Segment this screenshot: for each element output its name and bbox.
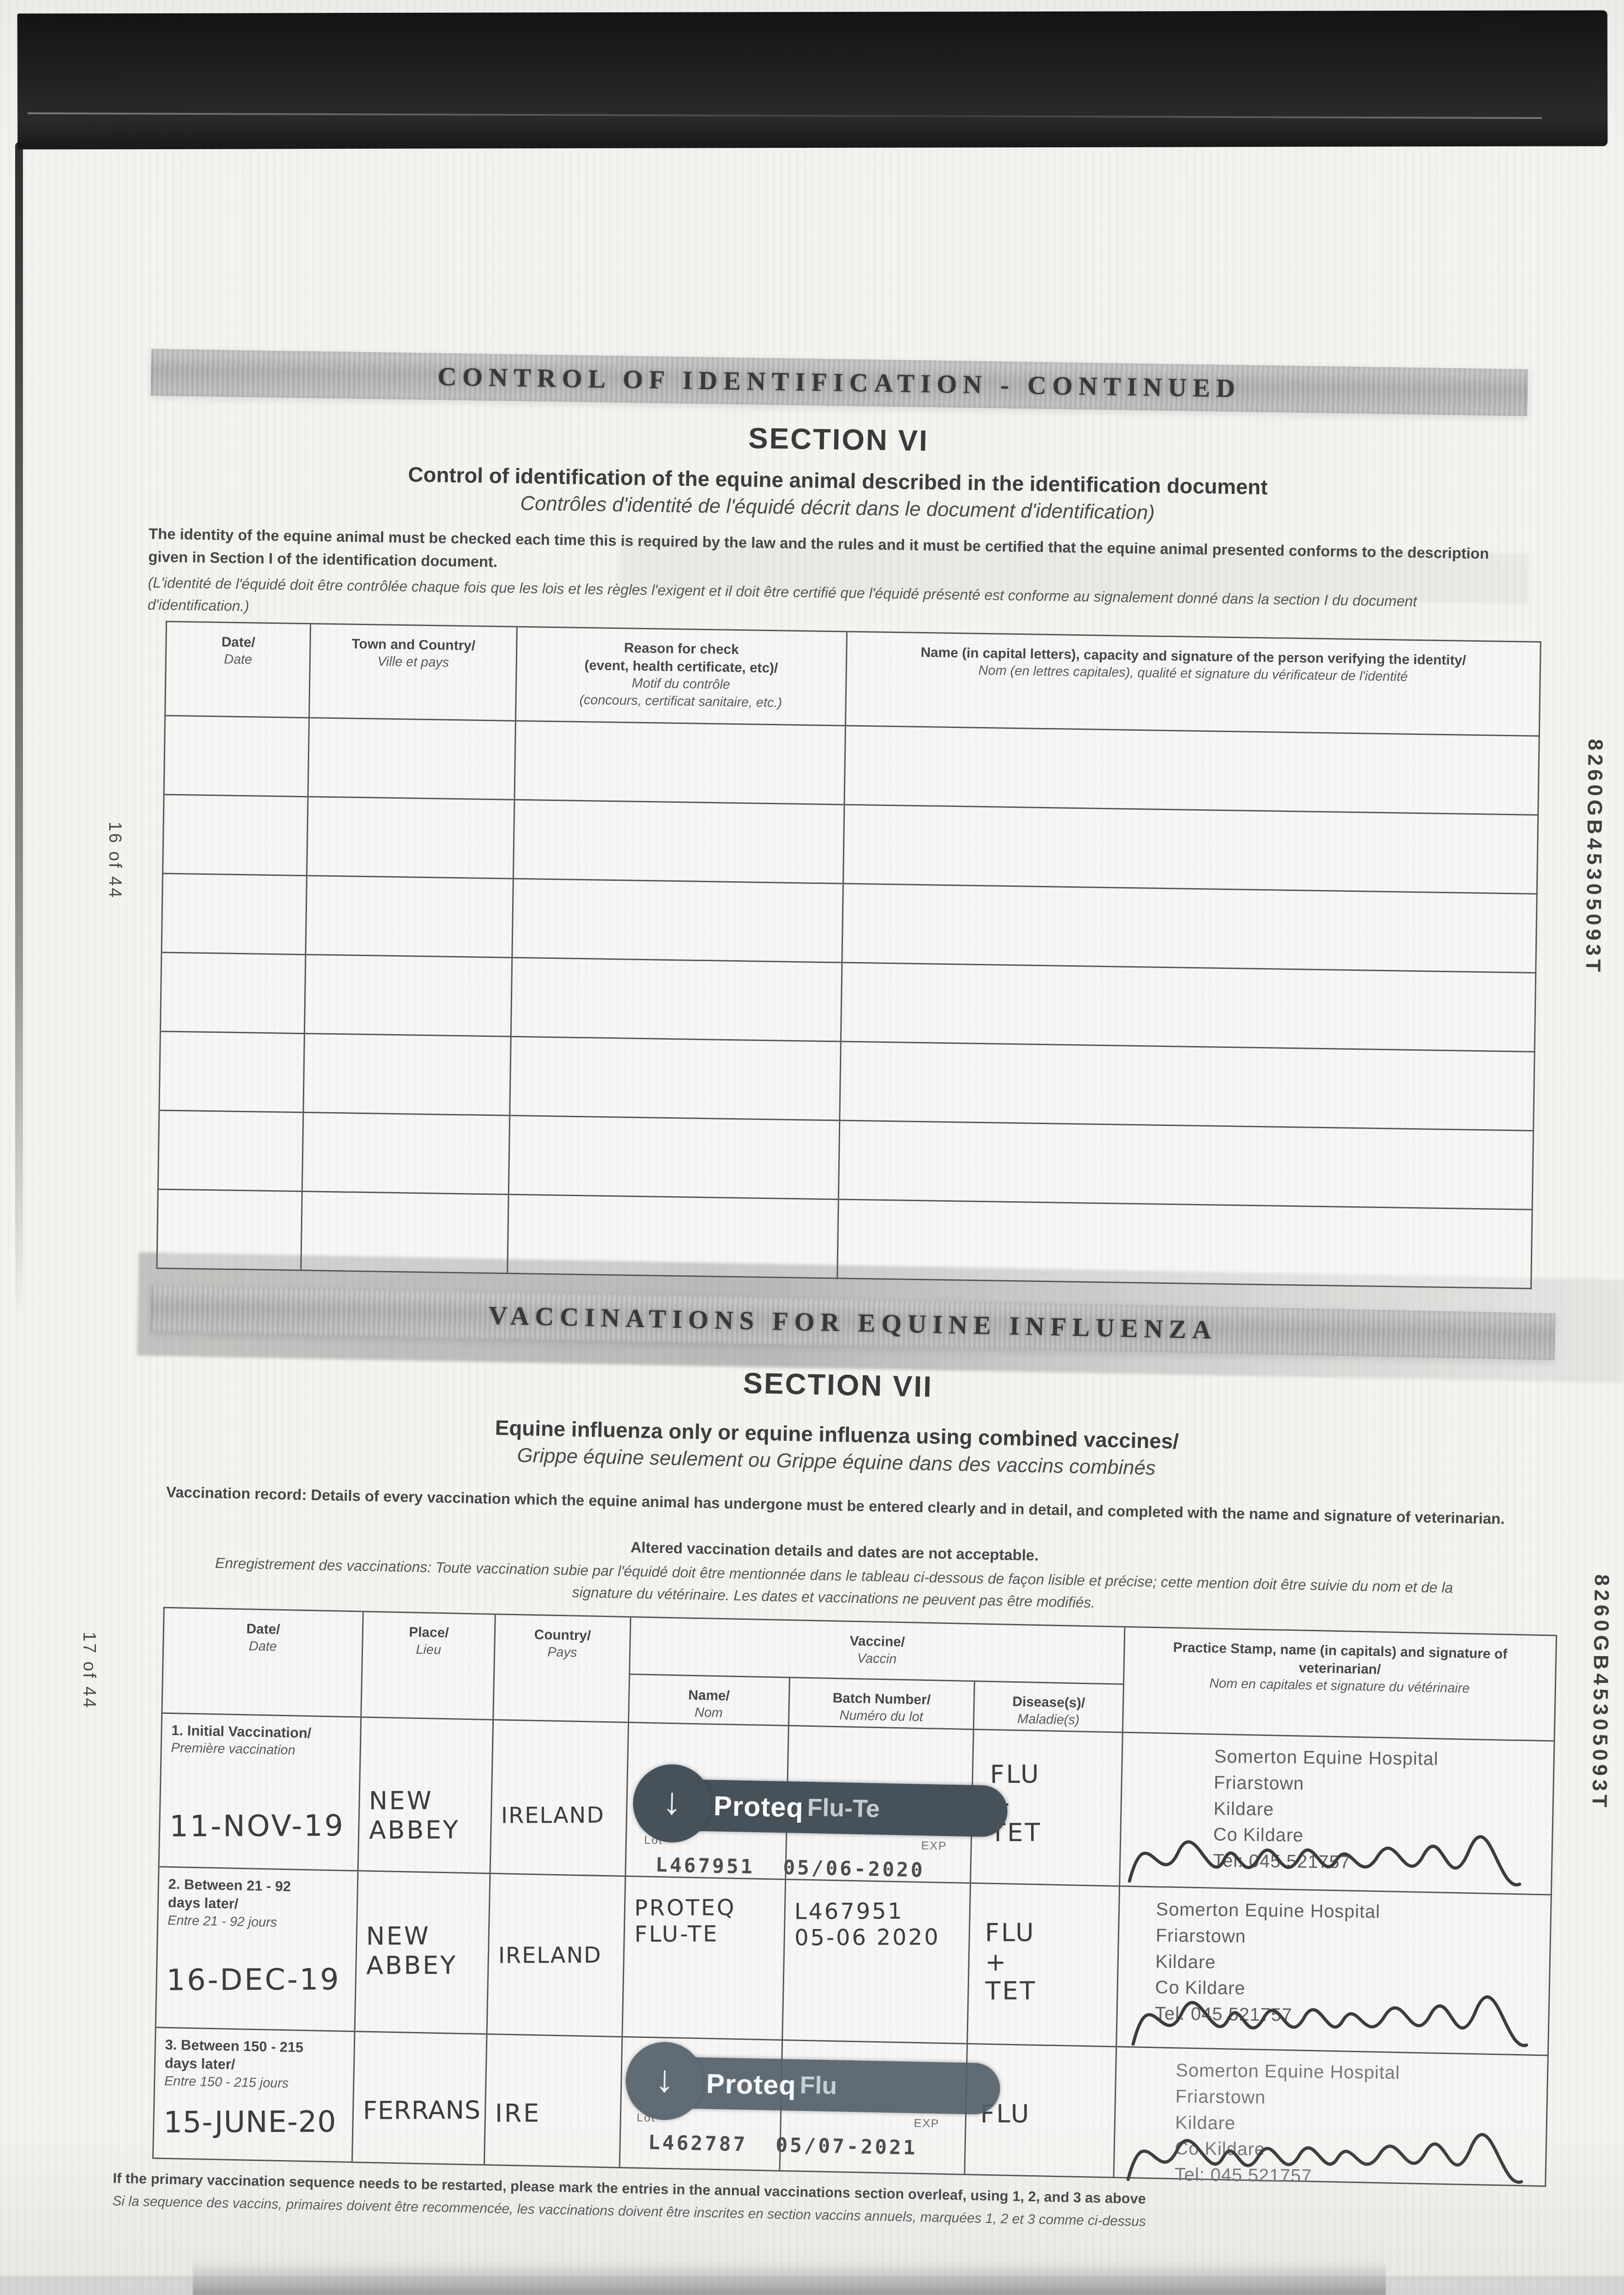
down-arrow-icon: ↓ (655, 2060, 675, 2098)
empty-cell (165, 716, 310, 798)
empty-cell (304, 1034, 512, 1116)
handwritten-date: 15-JUNE-20 (163, 2105, 343, 2140)
veterinarian-signature (1122, 1948, 1546, 2071)
section6-title: SECTION VI (150, 412, 1527, 466)
sticker-batch-expiry: L462787 05/07-2021 (648, 2131, 999, 2161)
col-header-disease: Disease(s)/ Maladie(s) (974, 1682, 1124, 1733)
handwritten-vaccine-name: PROTEQ FLU-TE (634, 1895, 775, 1948)
handwritten-country: IRELAND (501, 1802, 617, 1829)
col-header-country: Country/ Pays (494, 1615, 631, 1723)
empty-cell (305, 955, 513, 1037)
handwritten-place: NEW ABBEY (366, 1921, 479, 1981)
col-header-reason: Reason for check (event, health certific… (516, 627, 848, 727)
empty-cell (157, 1190, 303, 1271)
exp-label: EXP (914, 2117, 940, 2131)
empty-cell (508, 1195, 839, 1279)
veterinarian-signature (1114, 2088, 1543, 2206)
empty-cell (841, 963, 1536, 1052)
row3-date-cell: 3. Between 150 - 215 days later/ Entre 1… (154, 2028, 356, 2163)
empty-cell (159, 1111, 304, 1192)
row2-country-cell: IRELAND (488, 1874, 626, 2038)
handwritten-disease: FLU + TET (985, 1918, 1109, 2006)
empty-cell (307, 876, 514, 958)
col-header-vaccine-name: Name/ Nom (629, 1675, 790, 1726)
empty-cell (843, 806, 1539, 895)
page-number: 17 of 44 (79, 1632, 99, 1709)
empty-cell (840, 1042, 1535, 1131)
proteq-flu-sticker: ↓ Proteq Flu (632, 2056, 1000, 2115)
section7-title: SECTION VII (150, 1354, 1527, 1416)
handwritten-disease: FLU + TET (990, 1759, 1112, 1847)
scan-top-edge (17, 10, 1608, 149)
empty-cell (512, 958, 843, 1042)
handwritten-place: NEW ABBEY (369, 1786, 482, 1845)
col-header-place: Place/ Lieu (362, 1612, 496, 1720)
printed-expiry: 05/07-2021 (776, 2134, 918, 2160)
row1-vaccine-name-cell: ↓ Proteq Flu-Te Lot EXP L467951 05/06-20… (626, 1723, 789, 1880)
printed-batch: L462787 (648, 2131, 748, 2156)
empty-cell (843, 884, 1538, 974)
handwritten-batch: L467951 05-06 2020 (794, 1898, 960, 1951)
empty-cell (513, 879, 843, 963)
empty-cell (163, 795, 309, 877)
row2-disease-cell: FLU + TET (968, 1884, 1121, 2047)
vaccine-sticker: ↓ Proteq Flu-Te Lot EXP L467951 05/06-20… (639, 1779, 1008, 1884)
sticker-brand: Proteq (706, 2067, 796, 2101)
col-header-town-country: Town and Country/ Ville et pays (310, 624, 518, 722)
empty-cell (845, 727, 1540, 816)
empty-cell (303, 1113, 510, 1195)
section-vi: CONTROL OF IDENTIFICATION - CONTINUED SE… (138, 349, 1533, 1310)
sticker-knob: ↓ (632, 1763, 712, 1843)
sticker-variant: Flu-Te (807, 1793, 880, 1823)
down-arrow-icon: ↓ (662, 1783, 682, 1821)
empty-cell (162, 874, 307, 956)
row1-place-cell: NEW ABBEY (358, 1718, 494, 1874)
vaccine-sticker: ↓ Proteq Flu Lot EXP L462787 05/07-2021 (631, 2056, 1000, 2161)
col-header-batch-number: Batch Number/ Numéro du lot (789, 1678, 976, 1730)
section6-banner-text: CONTROL OF IDENTIFICATION - CONTINUED (437, 362, 1241, 403)
empty-cell (838, 1200, 1533, 1289)
empty-cell (510, 1037, 841, 1121)
row2-vaccine-name-cell: PROTEQ FLU-TE (623, 1877, 786, 2041)
col-header-practice-stamp: Practice Stamp, name (in capitals) and s… (1123, 1628, 1557, 1742)
col-header-name-signature: Name (in capital letters), capacity and … (846, 633, 1541, 737)
handwritten-country: IRE (495, 2098, 611, 2128)
vaccination-table: Date/ Date Place/ Lieu Country/ Pays Vac… (152, 1607, 1557, 2187)
sticker-knob: ↓ (625, 2041, 704, 2121)
sticker-variant: Flu (799, 2071, 837, 2100)
row2-place-cell: NEW ABBEY (355, 1871, 491, 2035)
identification-checks-table: Date/ Date Town and Country/ Ville et pa… (156, 621, 1541, 1289)
col-header-date: Date/ Date (166, 622, 311, 719)
section6-banner: CONTROL OF IDENTIFICATION - CONTINUED (151, 349, 1528, 416)
document-number-vertical: 8260GB45305093T (1581, 739, 1607, 976)
empty-cell (160, 1032, 305, 1113)
empty-cell (515, 722, 846, 806)
exp-label: EXP (921, 1839, 947, 1853)
handwritten-date: 16-DEC-19 (166, 1963, 346, 1998)
empty-cell (509, 1116, 840, 1200)
proteq-flu-te-sticker: ↓ Proteq Flu-Te (640, 1779, 1008, 1837)
row2-date-cell: 2. Between 21 - 92 days later/ Entre 21 … (156, 1868, 359, 2032)
row1-country-cell: IRELAND (491, 1720, 629, 1877)
document-number-vertical: 8260GB45305093T (1587, 1574, 1613, 1811)
scan-left-edge (15, 142, 23, 1322)
scan-artifact (0, 2276, 1624, 2295)
row1-date-cell: 1. Initial Vaccination/ Première vaccina… (160, 1714, 362, 1872)
handwritten-date: 11-NOV-19 (169, 1809, 349, 1844)
row3-vaccine-name-cell: ↓ Proteq Flu Lot EXP L462787 05/07-2021 (620, 2038, 783, 2172)
empty-cell (514, 800, 845, 884)
handwritten-country: IRELAND (498, 1942, 614, 1969)
empty-cell (309, 718, 516, 800)
empty-cell (302, 1192, 509, 1274)
row3-place-cell: FERRANS (353, 2032, 488, 2166)
veterinarian-signature (1120, 1789, 1535, 1912)
empty-cell (307, 797, 515, 879)
section-vii: VACCINATIONS FOR EQUINE INFLUENZA SECTIO… (133, 1285, 1560, 2231)
row3-country-cell: IRE (485, 2035, 623, 2168)
page-number: 16 of 44 (105, 822, 124, 899)
sticker-brand: Proteq (714, 1790, 804, 1823)
empty-cell (161, 953, 307, 1034)
row1-stamp-cell: Somerton Equine Hospital Friarstown Kild… (1120, 1733, 1555, 1896)
section7-banner-text: VACCINATIONS FOR EQUINE INFLUENZA (488, 1300, 1217, 1345)
printed-expiry: 05/06-2020 (783, 1856, 925, 1882)
printed-batch: L467951 (655, 1853, 755, 1878)
empty-cell (839, 1121, 1534, 1210)
col-header-vaccine: Vaccine/ Vaccin (630, 1618, 1126, 1685)
col-header-date: Date/ Date (162, 1608, 364, 1718)
section7-note-en: Vaccination record: Details of every vac… (147, 1480, 1524, 1531)
row2-stamp-cell: Somerton Equine Hospital Friarstown Kild… (1117, 1887, 1552, 2056)
handwritten-place: FERRANS (363, 2096, 476, 2126)
row2-batch-cell: L467951 05-06 2020 (783, 1880, 971, 2044)
